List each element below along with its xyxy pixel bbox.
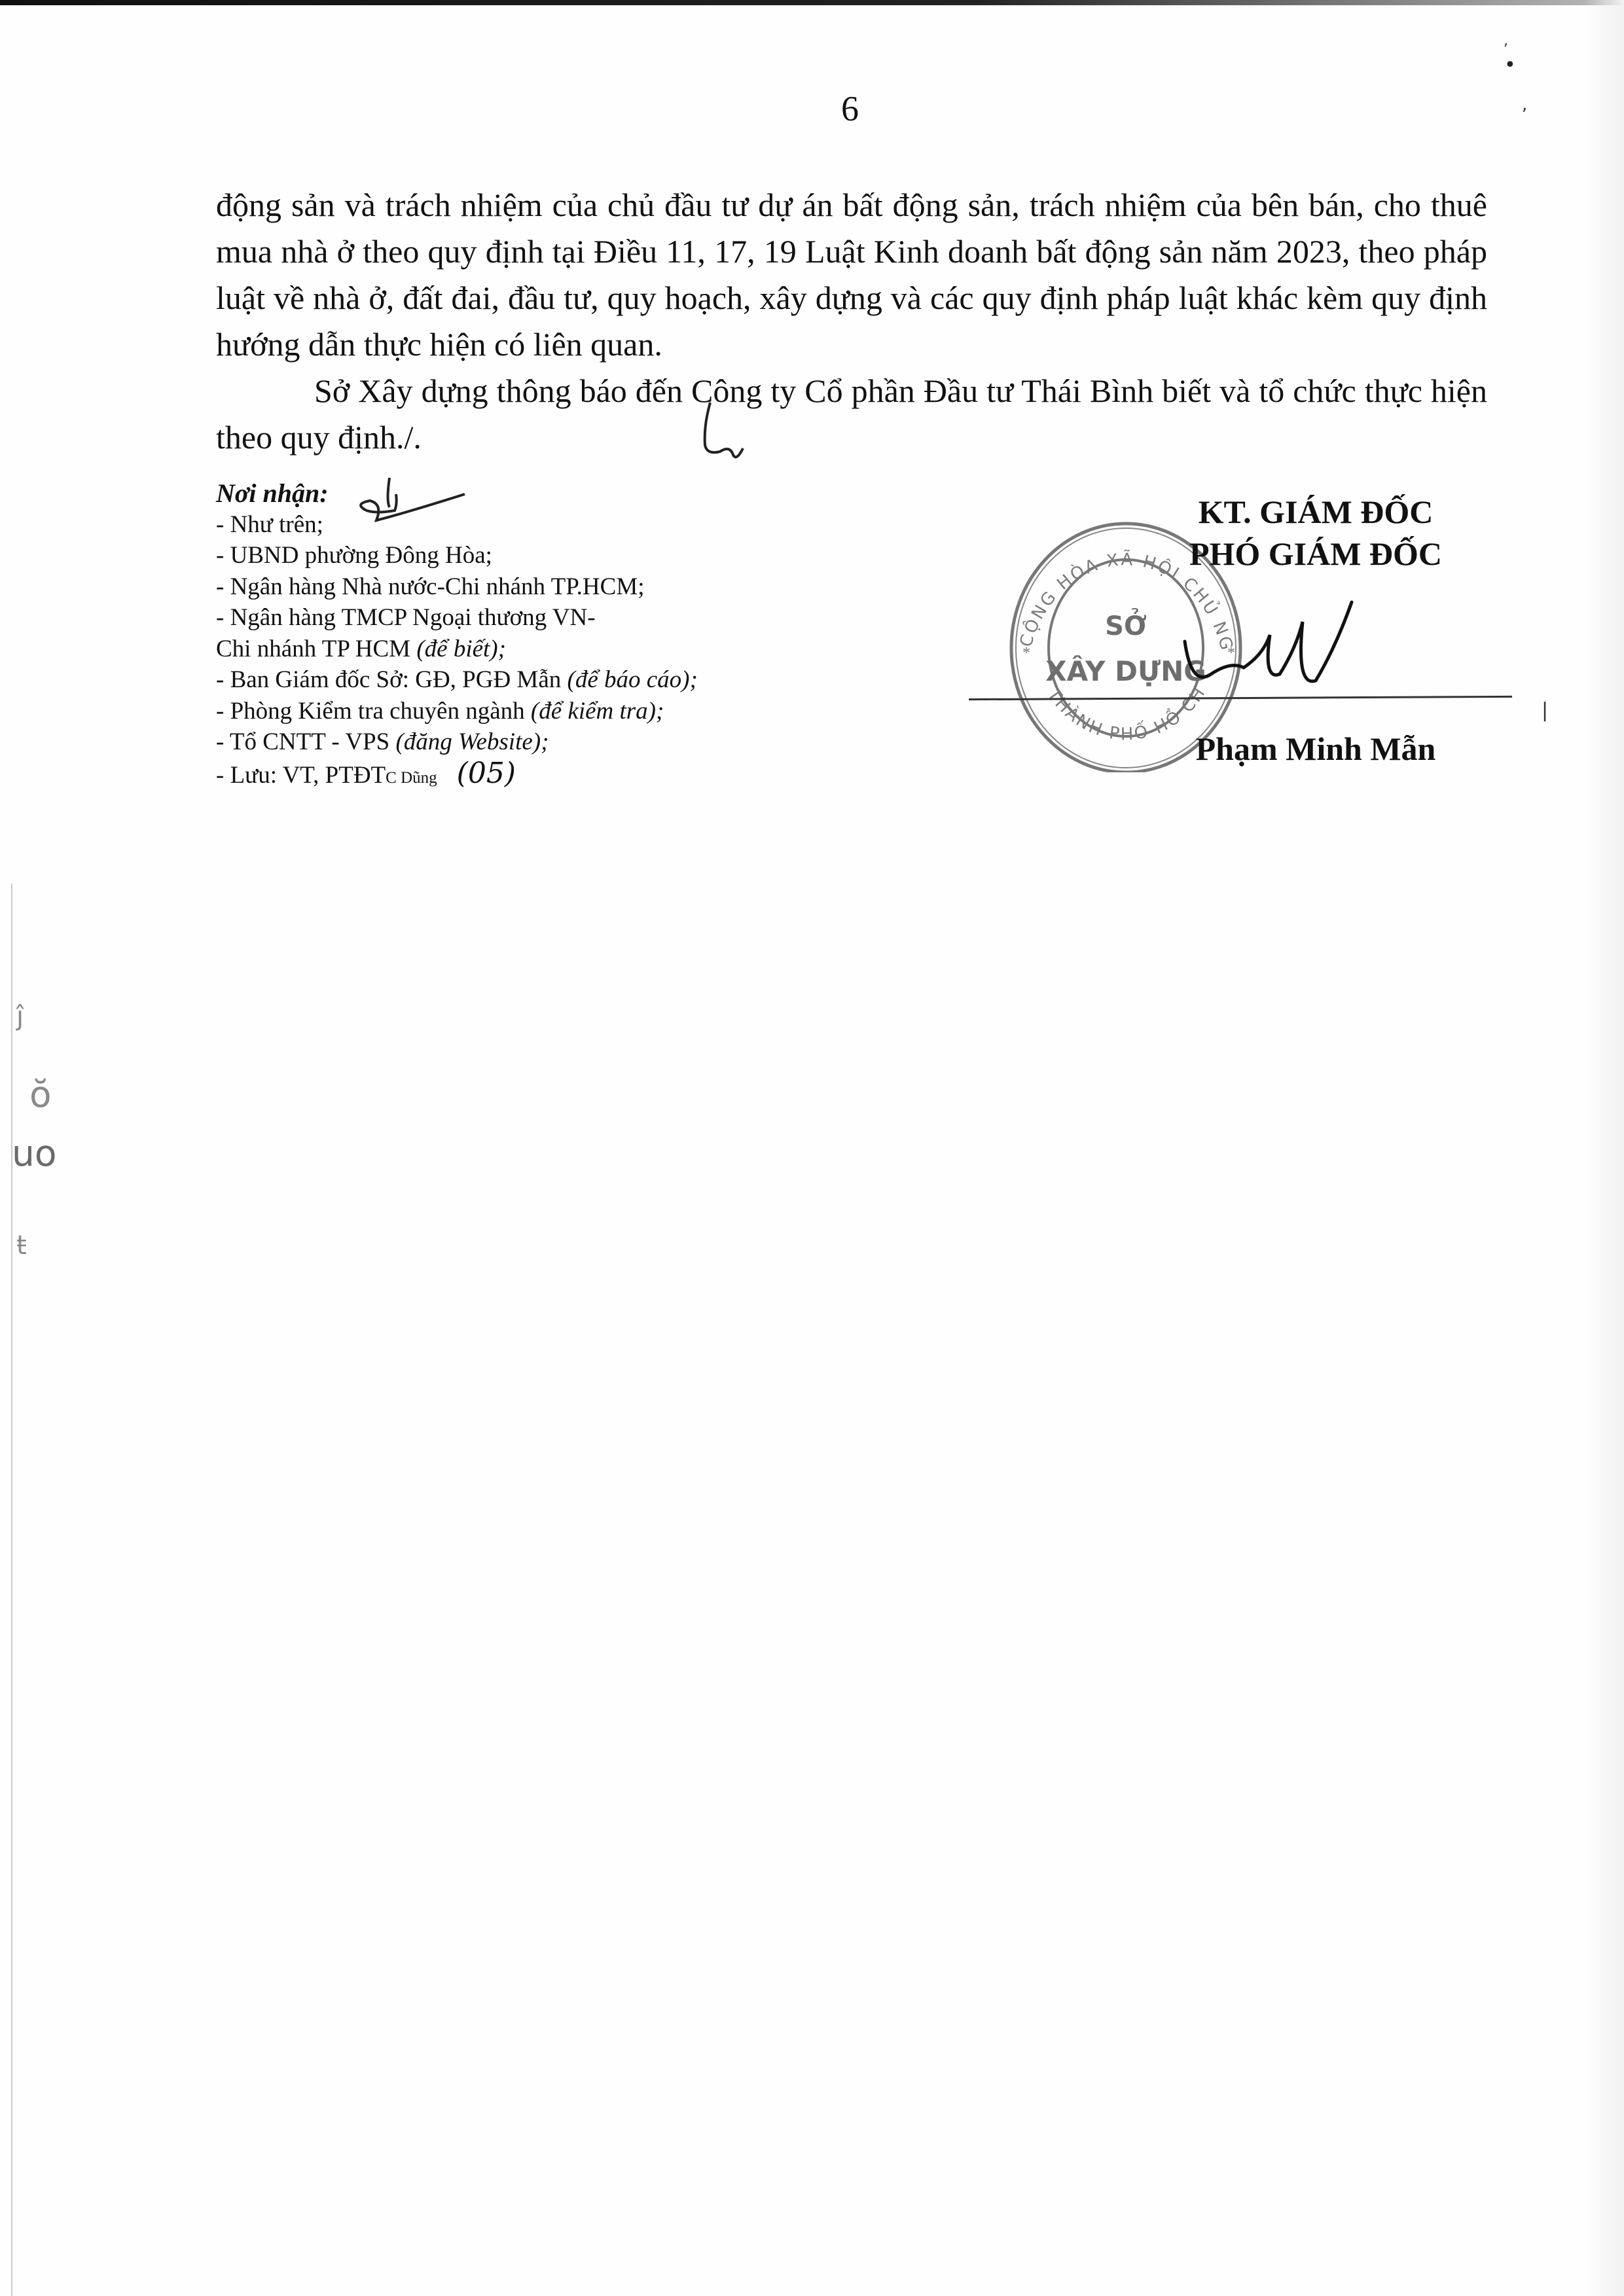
svg-text:*: * <box>1022 645 1030 662</box>
recipient-item: - UBND phường Đông Hòa; <box>216 540 698 571</box>
bleed-through-mark: ŏ <box>29 1073 52 1115</box>
handwritten-signature <box>1172 596 1381 700</box>
signatory-name: Phạm Minh Mẫn <box>1119 730 1512 768</box>
stamp-center-line-1: SỞ <box>1105 607 1147 641</box>
page-number: 6 <box>841 88 859 129</box>
initials-mark <box>697 399 756 471</box>
recipient-item: - Tổ CNTT - VPS (đăng Website); <box>216 726 698 758</box>
bleed-through-mark: uo <box>12 1132 57 1174</box>
body-text: động sản và trách nhiệm của chủ đầu tư d… <box>216 182 1487 461</box>
recipient-archive: - Lưu: VT, PTĐTC Dũng(05) <box>216 758 698 794</box>
signature-title-2: PHÓ GIÁM ĐỐC <box>1119 533 1512 575</box>
initials-mark <box>350 475 468 533</box>
scan-speck: | <box>1542 699 1548 722</box>
scan-speck: , <box>1504 33 1508 49</box>
scan-edge-top <box>0 0 1624 5</box>
scan-edge-right <box>1585 0 1624 2296</box>
bleed-through-mark: ŧ <box>16 1230 27 1261</box>
recipient-item: - Ngân hàng TMCP Ngoại thương VN- <box>216 602 698 634</box>
recipient-item: Chi nhánh TP HCM (để biết); <box>216 634 698 665</box>
recipient-item: - Ngân hàng Nhà nước-Chi nhánh TP.HCM; <box>216 571 698 603</box>
handwritten-note: (05) <box>457 757 516 790</box>
recipient-item: - Phòng Kiểm tra chuyên ngành (để kiểm t… <box>216 696 698 727</box>
body-paragraph: động sản và trách nhiệm của chủ đầu tư d… <box>216 182 1487 368</box>
scan-speck: • <box>1504 54 1516 77</box>
scan-speck: , <box>1522 95 1527 115</box>
signature-title-1: KT. GIÁM ĐỐC <box>1119 491 1512 533</box>
scan-edge-left <box>11 884 12 2296</box>
bleed-through-mark: ĵ <box>16 1001 24 1031</box>
body-paragraph: Sở Xây dựng thông báo đến Công ty Cổ phầ… <box>216 368 1487 461</box>
recipient-item: - Ban Giám đốc Sở: GĐ, PGĐ Mẫn (để báo c… <box>216 664 698 696</box>
